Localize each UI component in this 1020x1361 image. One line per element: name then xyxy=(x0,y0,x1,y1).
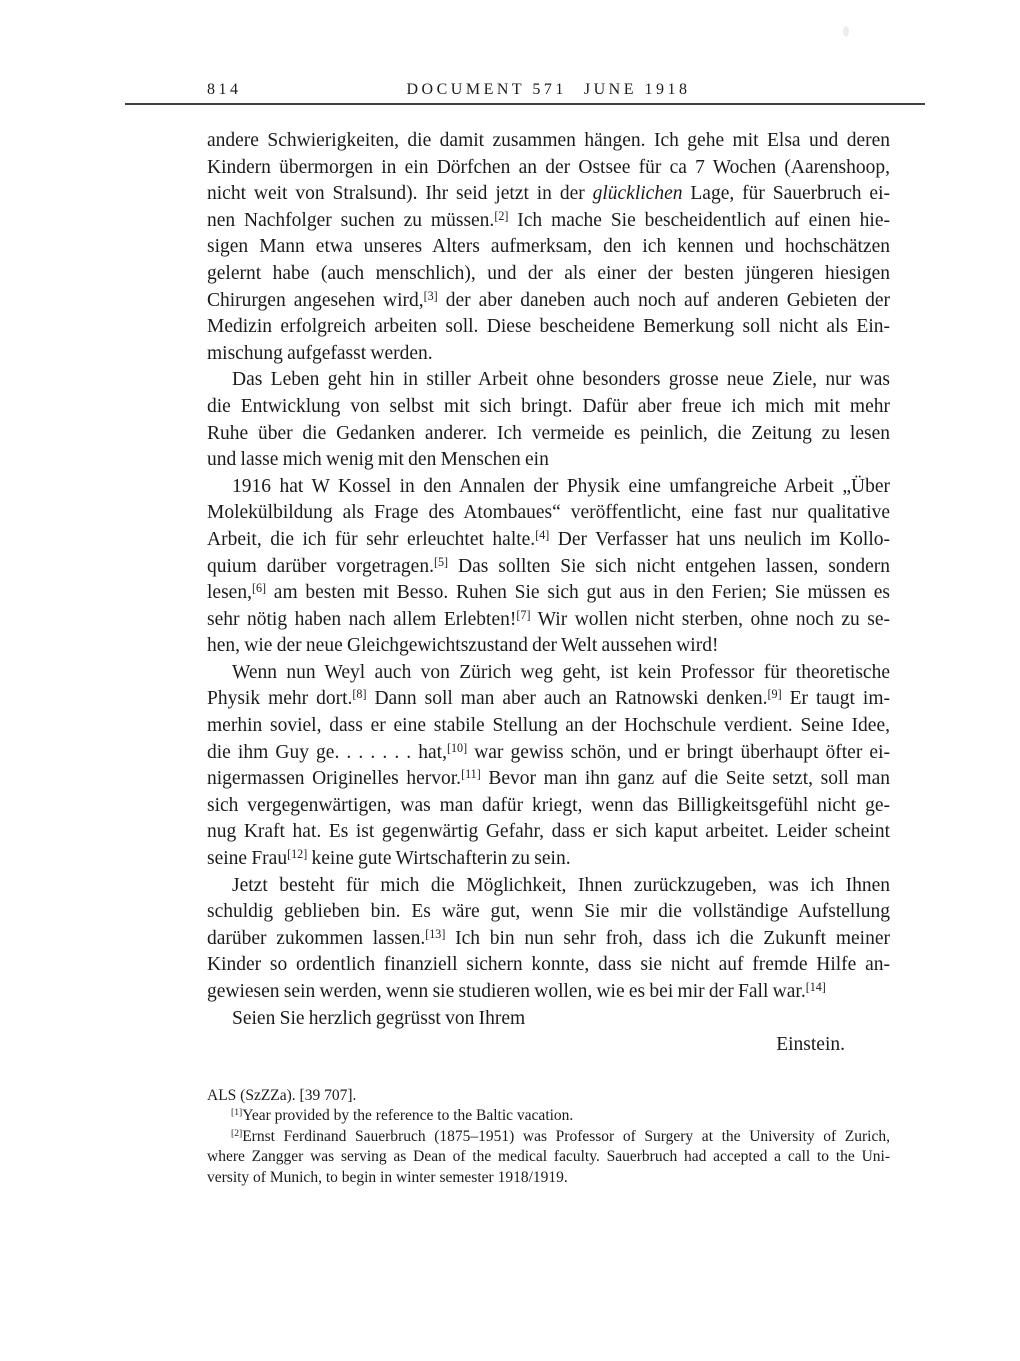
text-line: gewiesen sein werden, wenn sie studieren… xyxy=(207,979,890,1006)
text-line: sigen Mann etwa unseres Alters aufmerksa… xyxy=(207,234,890,261)
header-document-label: DOCUMENT 571 xyxy=(407,81,567,98)
text-line: andere Schwierigkeiten, die damit zusamm… xyxy=(207,128,890,155)
text-line: Kinder so ordentlich finanziell sichern … xyxy=(207,952,890,979)
footnote-marker: [6] xyxy=(252,581,266,595)
header-date-label: JUNE 1918 xyxy=(584,81,691,98)
footnote: [1]Year provided by the reference to the… xyxy=(207,1106,890,1127)
footnote-marker: [5] xyxy=(434,554,448,568)
text-line: merhin soviel, dass er eine stabile Stel… xyxy=(207,713,890,740)
footnote-marker: [3] xyxy=(424,289,438,303)
text-line: where Zangger was serving as Dean of the… xyxy=(207,1147,890,1168)
text-line: mischung aufgefasst werden. xyxy=(207,341,890,368)
footnote-marker: [4] xyxy=(535,528,549,542)
italic-text: glücklichen xyxy=(593,183,683,204)
header-title: DOCUMENT 571JUNE 1918 xyxy=(207,81,890,99)
text-line: nigermassen Originelles hervor.[11] Bevo… xyxy=(207,766,890,793)
paragraph: Das Leben geht hin in stiller Arbeit ohn… xyxy=(207,367,890,473)
footnote-marker: [8] xyxy=(352,687,366,701)
paragraph: andere Schwierigkeiten, die damit zusamm… xyxy=(207,128,890,367)
running-head: 814 DOCUMENT 571JUNE 1918 xyxy=(125,81,925,103)
footnote-marker: [11] xyxy=(461,767,481,781)
footnote-marker: [14] xyxy=(806,980,826,994)
paragraph: Jetzt besteht für mich die Möglichkeit, … xyxy=(207,873,890,1006)
text-line: und lasse mich wenig mit den Menschen ei… xyxy=(207,447,890,474)
page: 814 DOCUMENT 571JUNE 1918 andere Schwier… xyxy=(0,0,1020,1361)
text-line: Wenn nun Weyl auch von Zürich weg geht, … xyxy=(207,660,890,687)
text-line: schuldig geblieben bin. Es wäre gut, wen… xyxy=(207,899,890,926)
text-line: Kindern übermorgen in ein Dörfchen an de… xyxy=(207,155,890,182)
text-line: Jetzt besteht für mich die Möglichkeit, … xyxy=(207,873,890,900)
text-line: hen, wie der neue Gleichgewichtszustand … xyxy=(207,633,890,660)
text-line: [1]Year provided by the reference to the… xyxy=(207,1106,890,1127)
text-line: sehr nötig haben nach allem Erlebten![7]… xyxy=(207,607,890,634)
text-line: nicht weit von Stralsund). Ihr seid jetz… xyxy=(207,181,890,208)
text-line: Physik mehr dort.[8] Dann soll man aber … xyxy=(207,686,890,713)
scan-speck xyxy=(843,26,849,37)
footnote-marker: [7] xyxy=(516,608,530,622)
text-line: versity of Munich, to begin in winter se… xyxy=(207,1168,890,1189)
paragraph: 1916 hat W Kossel in den Annalen der Phy… xyxy=(207,474,890,660)
paragraph: Wenn nun Weyl auch von Zürich weg geht, … xyxy=(207,660,890,873)
paragraph: Seien Sie herzlich gegrüsst von Ihrem xyxy=(207,1006,890,1033)
text-line: quium darüber vorgetragen.[5] Das sollte… xyxy=(207,554,890,581)
footnote-marker: [1] xyxy=(231,1107,242,1118)
letter-content: andere Schwierigkeiten, die damit zusamm… xyxy=(207,128,890,1188)
footnote: [2]Ernst Ferdinand Sauerbruch (1875–1951… xyxy=(207,1127,890,1189)
text-line: Medizin erfolgreich arbeiten soll. Diese… xyxy=(207,314,890,341)
footnote-list: [1]Year provided by the reference to the… xyxy=(207,1106,890,1188)
text-line: nen Nachfolger suchen zu müssen.[2] Ich … xyxy=(207,208,890,235)
text-line: sich vergegenwärtigen, was man dafür kri… xyxy=(207,793,890,820)
text-line: lesen,[6] am besten mit Besso. Ruhen Sie… xyxy=(207,580,890,607)
footnote-marker: [2] xyxy=(494,209,508,223)
source-line: ALS (SzZZa). [39 707]. xyxy=(207,1086,890,1107)
signature: Einstein. xyxy=(207,1032,890,1059)
text-line: gelernt habe (auch menschlich), und der … xyxy=(207,261,890,288)
text-line: 1916 hat W Kossel in den Annalen der Phy… xyxy=(207,474,890,501)
text-line: Arbeit, die ich für sehr erleuchtet halt… xyxy=(207,527,890,554)
text-line: nug Kraft hat. Es ist gegenwärtig Gefahr… xyxy=(207,819,890,846)
text-line: die Entwicklung von selbst mit sich brin… xyxy=(207,394,890,421)
letter-body: andere Schwierigkeiten, die damit zusamm… xyxy=(207,128,890,1032)
footnote-marker: [12] xyxy=(287,847,307,861)
footnote-marker: [10] xyxy=(447,741,467,755)
text-line: seine Frau[12] keine gute Wirtschafterin… xyxy=(207,846,890,873)
text-line: [2]Ernst Ferdinand Sauerbruch (1875–1951… xyxy=(207,1127,890,1148)
text-line: Seien Sie herzlich gegrüsst von Ihrem xyxy=(207,1006,890,1033)
text-line: Das Leben geht hin in stiller Arbeit ohn… xyxy=(207,367,890,394)
footnote-marker: [13] xyxy=(425,927,445,941)
footnote-marker: [9] xyxy=(768,687,782,701)
footnote-marker: [2] xyxy=(231,1128,242,1139)
text-line: Ruhe über die Gedanken anderer. Ich verm… xyxy=(207,421,890,448)
header-rule xyxy=(125,103,925,105)
text-line: die ihm Guy ge. . . . . . . hat,[10] war… xyxy=(207,740,890,767)
text-line: darüber zukommen lassen.[13] Ich bin nun… xyxy=(207,926,890,953)
footnotes-section: ALS (SzZZa). [39 707]. [1]Year provided … xyxy=(207,1086,890,1189)
text-line: Molekülbildung als Frage des Atombaues“ … xyxy=(207,500,890,527)
text-line: Chirurgen angesehen wird,[3] der aber da… xyxy=(207,288,890,315)
